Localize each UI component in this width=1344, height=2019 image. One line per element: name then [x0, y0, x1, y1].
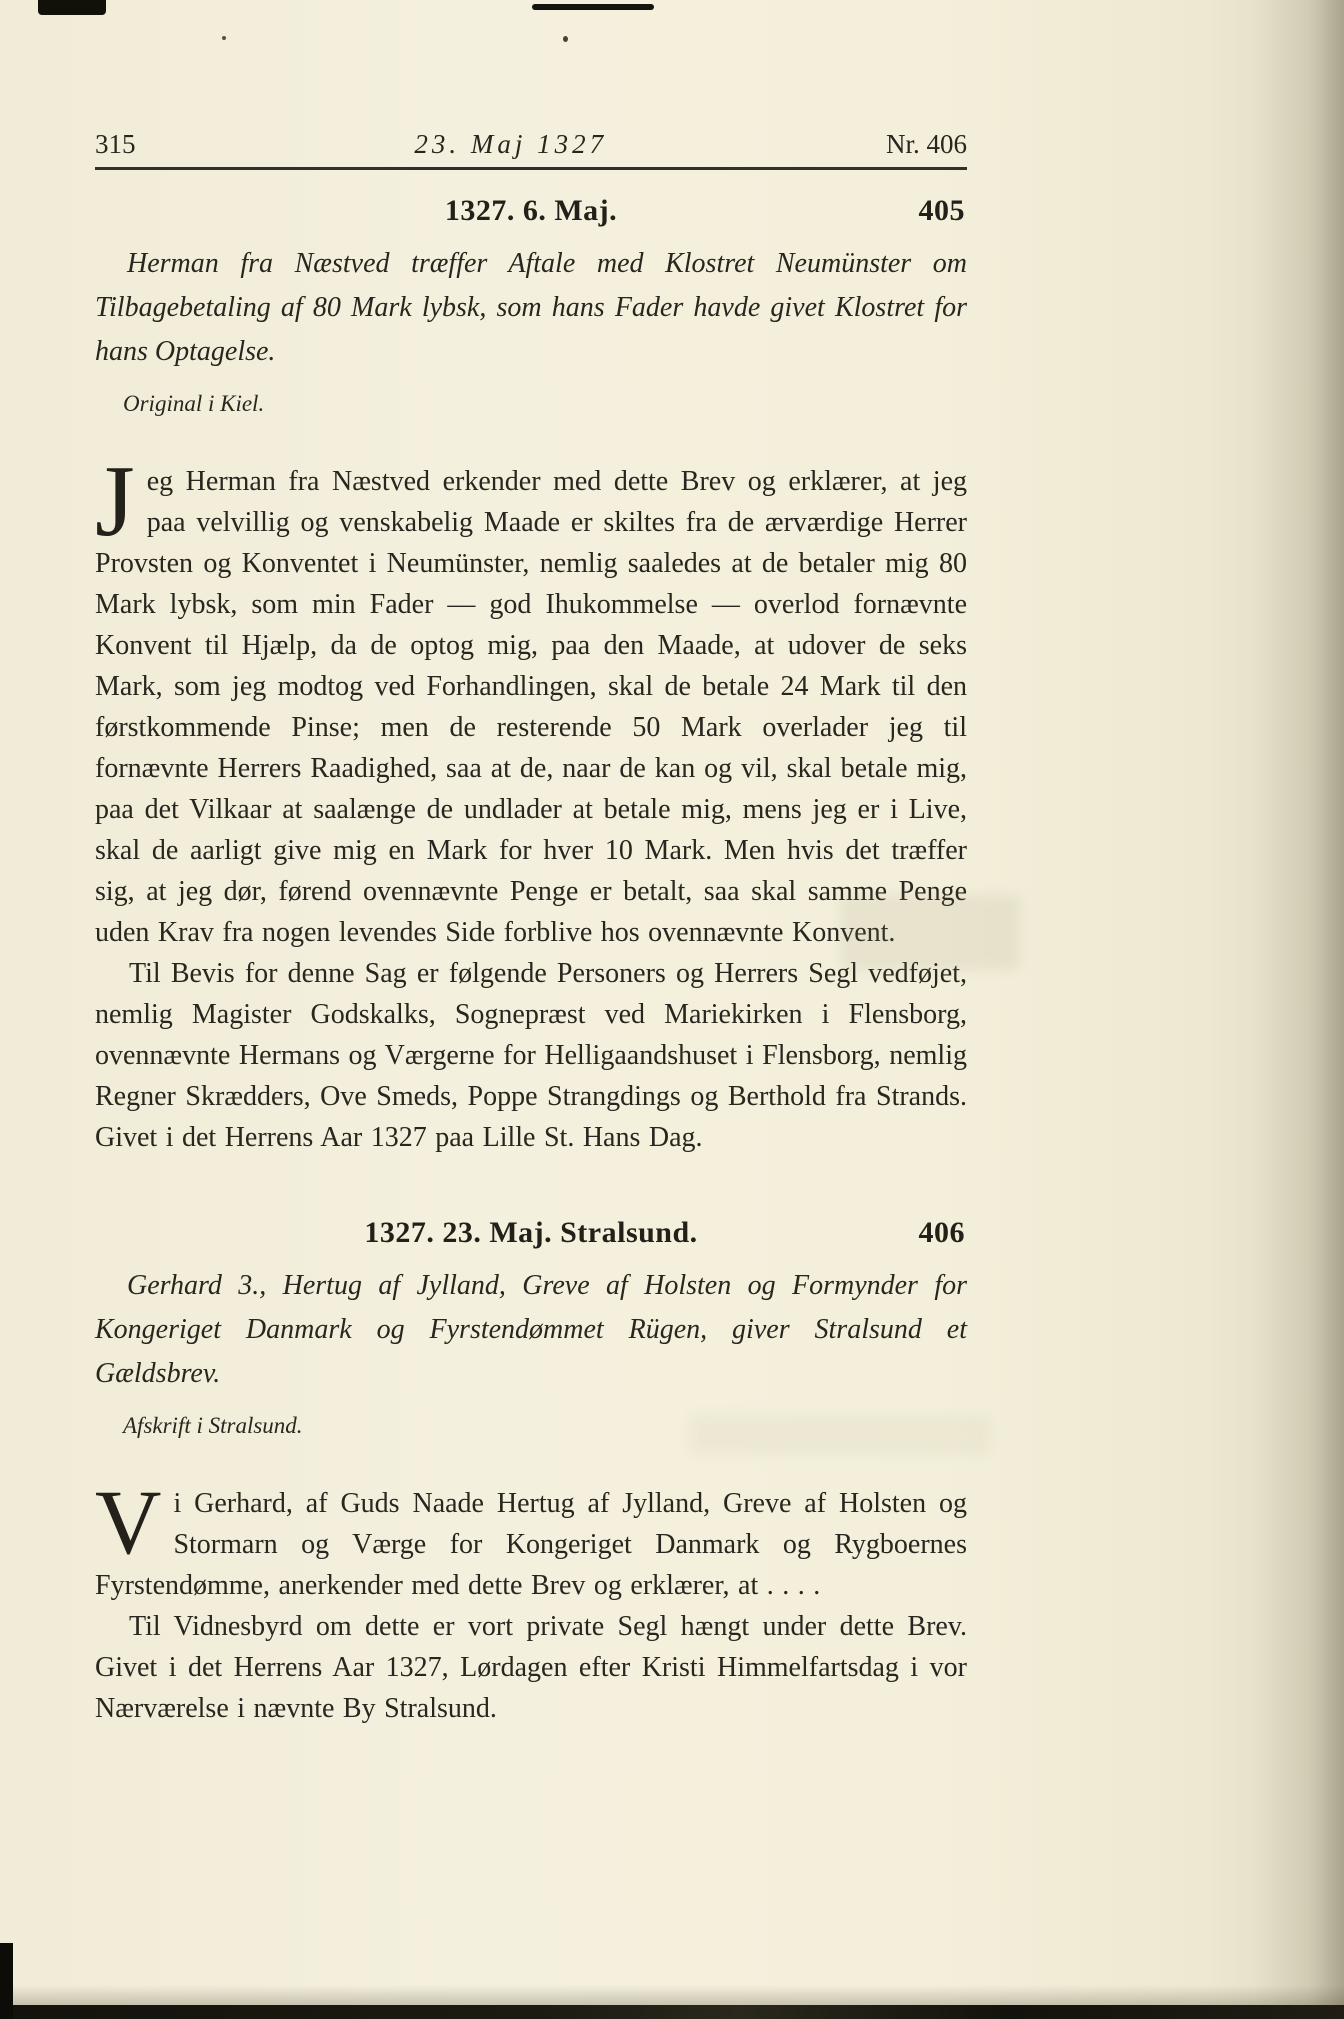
entry-406-dropcap: V: [95, 1483, 173, 1557]
entry-406-summary: Gerhard 3., Hertug af Jylland, Greve af …: [95, 1264, 967, 1396]
entry-405-heading: 1327. 6. Maj. 405: [95, 194, 967, 228]
entry-405: 1327. 6. Maj. 405 Herman fra Næstved træ…: [95, 194, 967, 1158]
entry-405-date: 1327. 6. Maj.: [445, 194, 617, 227]
scan-artifact-top-line: [532, 4, 654, 10]
page-edge-shadow-bottom: [0, 1985, 1344, 2005]
header-rule: [95, 167, 967, 170]
entry-405-dropcap: J: [95, 461, 147, 539]
entry-406-heading: 1327. 23. Maj. Stralsund. 406: [95, 1216, 967, 1250]
entry-405-number: 405: [919, 194, 966, 228]
ink-bleed-ghost: [690, 1415, 990, 1455]
page-content: 315 23. Maj 1327 Nr. 406 1327. 6. Maj. 4…: [95, 128, 967, 1729]
scan-speck: [222, 36, 226, 40]
scan-edge-bottom-left: [0, 1943, 13, 2019]
scan-artifact-top-left: [38, 0, 106, 15]
entry-406-number: 406: [919, 1216, 966, 1250]
running-header: 315 23. Maj 1327 Nr. 406: [95, 128, 967, 160]
scan-edge-bottom: [0, 2005, 1344, 2019]
entry-406-date: 1327. 23. Maj. Stralsund.: [364, 1216, 697, 1249]
book-page-scan: 315 23. Maj 1327 Nr. 406 1327. 6. Maj. 4…: [0, 0, 1344, 2019]
entry-405-body-text-1: eg Herman fra Næstved erkender med dette…: [95, 466, 967, 948]
entry-405-body-paragraph-1: Jeg Herman fra Næstved erkender med dett…: [95, 461, 967, 953]
entry-406: 1327. 23. Maj. Stralsund. 406 Gerhard 3.…: [95, 1216, 967, 1729]
running-title: 23. Maj 1327: [414, 128, 607, 160]
entry-406-body-paragraph-1: Vi Gerhard, af Guds Naade Hertug af Jyll…: [95, 1483, 967, 1606]
entry-406-body-text-1: i Gerhard, af Guds Naade Hertug af Jylla…: [95, 1488, 967, 1601]
header-entry-ref: Nr. 406: [886, 128, 967, 160]
entry-405-summary: Herman fra Næstved træffer Aftale med Kl…: [95, 242, 967, 374]
entry-405-source-note: Original i Kiel.: [123, 390, 967, 417]
page-edge-shadow-right: [1254, 0, 1344, 2019]
entry-405-body-paragraph-2: Til Bevis for denne Sag er følgende Pers…: [95, 953, 967, 1158]
entry-406-body-paragraph-2: Til Vidnesbyrd om dette er vort private …: [95, 1606, 967, 1729]
scan-speck: [563, 36, 568, 42]
page-number: 315: [95, 128, 136, 160]
ink-bleed-ghost: [840, 895, 1020, 970]
